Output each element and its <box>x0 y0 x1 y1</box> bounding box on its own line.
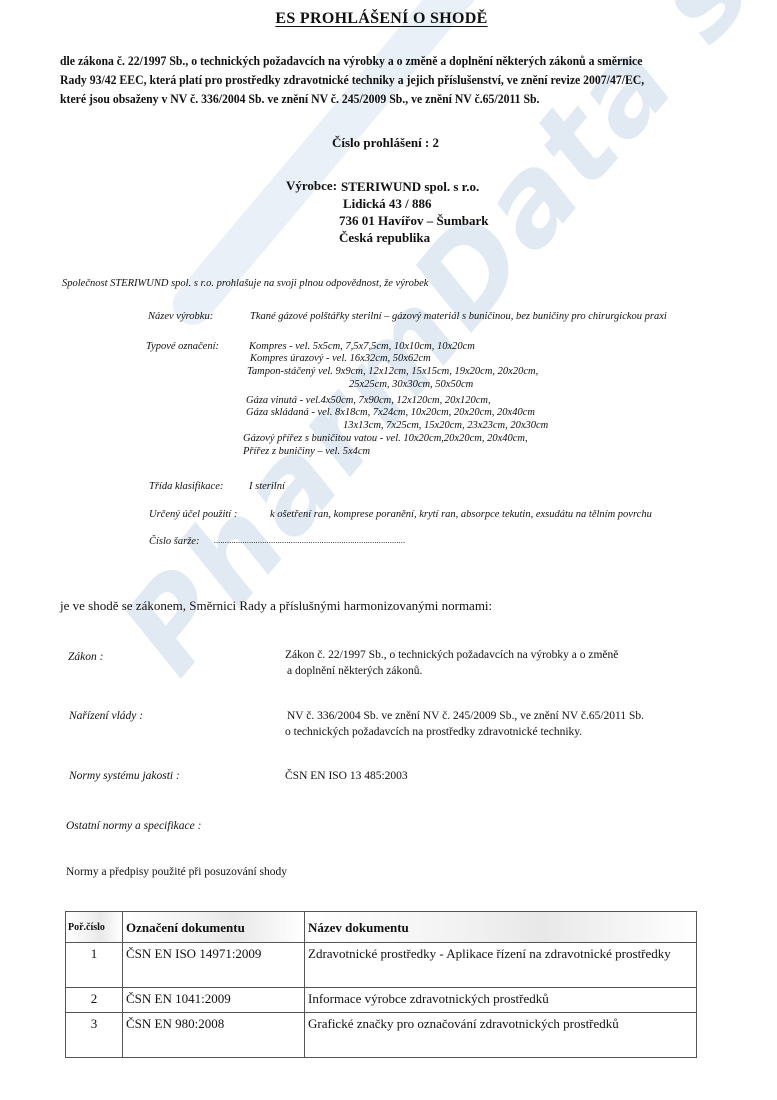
type-line: Přířez z buničiny – vel. 5x4cm <box>243 446 370 458</box>
manufacturer-label: Výrobce: <box>286 178 337 194</box>
government-regulation-value: NV č. 336/2004 Sb. ve znění NV č. 245/20… <box>285 708 644 740</box>
government-regulation-label: Nařízení vlády : <box>69 710 143 722</box>
manufacturer-country: Česká republika <box>339 229 489 246</box>
header-order-number: Poř.číslo <box>66 912 123 943</box>
order-number: 3 <box>66 1013 123 1058</box>
document-name: Zdravotnické prostředky - Aplikace řízen… <box>305 943 697 988</box>
government-regulation-line: NV č. 336/2004 Sb. ve znění NV č. 245/20… <box>285 708 644 724</box>
quality-norms-value: ČSN EN ISO 13 485:2003 <box>285 768 408 784</box>
manufacturer-street: Lidická 43 / 886 <box>341 195 489 212</box>
document-title: ES PROHLÁŠENÍ O SHODĚ <box>0 10 777 28</box>
type-line: Gáza skládaná - vel. 8x18cm, 7x24cm, 10x… <box>246 407 535 419</box>
order-number: 1 <box>66 943 123 988</box>
declaration-number: Číslo prohlášení : 2 <box>332 135 439 151</box>
batch-number-label: Číslo šarže: <box>149 536 199 547</box>
conformity-statement: je ve shodě se zákonem, Směrnici Rady a … <box>60 598 492 614</box>
manufacturer-name: STERIWUND spol. s r.o. <box>341 178 489 195</box>
law-label: Zákon : <box>68 651 103 663</box>
product-name-value: Tkané gázové polštářky sterilní – gázový… <box>250 311 667 322</box>
table-row: 1 ČSN EN ISO 14971:2009 Zdravotnické pro… <box>66 943 697 988</box>
type-line: 25x25cm, 30x30cm, 50x50cm <box>349 379 473 391</box>
type-line: Kompres - vel. 5x5cm, 7,5x7,5cm, 10x10cm… <box>249 341 475 353</box>
intro-paragraph: dle zákona č. 22/1997 Sb., o technických… <box>60 52 718 109</box>
intended-purpose-label: Určený účel použití : <box>149 509 237 520</box>
intended-purpose-value: k ošetření ran, komprese poranění, krytí… <box>270 509 652 520</box>
document-name: Grafické značky pro označování zdravotni… <box>305 1013 697 1058</box>
document-code: ČSN EN 1041:2009 <box>123 988 305 1013</box>
intro-line: které jsou obsaženy v NV č. 336/2004 Sb.… <box>60 90 718 109</box>
law-value: Zákon č. 22/1997 Sb., o technických poža… <box>285 647 618 679</box>
type-line: Tampon-stáčený vel. 9x9cm, 12x12cm, 15x1… <box>247 366 538 378</box>
document-code: ČSN EN 980:2008 <box>123 1013 305 1058</box>
header-document-code: Označení dokumentu <box>123 912 305 943</box>
type-line: 13x13cm, 7x25cm, 15x20cm, 23x23cm, 20x30… <box>343 420 548 432</box>
classification-label: Třída klasifikace: <box>149 481 223 492</box>
norms-table: Poř.číslo Označení dokumentu Název dokum… <box>65 911 697 1058</box>
document-code: ČSN EN ISO 14971:2009 <box>123 943 305 988</box>
manufacturer-address: STERIWUND spol. s r.o. Lidická 43 / 886 … <box>341 178 489 246</box>
type-line: Gázový přířez s buničitou vatou - vel. 1… <box>243 433 528 445</box>
order-number: 2 <box>66 988 123 1013</box>
type-line: Kompres úrazový - vel. 16x32cm, 50x62cm <box>250 353 431 365</box>
other-norms-label: Ostatní normy a specifikace : <box>66 820 201 832</box>
manufacturer-city: 736 01 Havířov – Šumbark <box>339 212 489 229</box>
table-row: 3 ČSN EN 980:2008 Grafické značky pro oz… <box>66 1013 697 1058</box>
type-designation-label: Typové označení: <box>146 341 219 352</box>
company-statement: Společnost STERIWUND spol. s r.o. prohla… <box>62 278 428 289</box>
table-header-row: Poř.číslo Označení dokumentu Název dokum… <box>66 912 697 943</box>
law-line: Zákon č. 22/1997 Sb., o technických poža… <box>285 647 618 663</box>
quality-norms-label: Normy systému jakosti : <box>69 770 180 782</box>
header-document-name: Název dokumentu <box>305 912 697 943</box>
intro-line: dle zákona č. 22/1997 Sb., o technických… <box>60 52 718 71</box>
document-title-text: ES PROHLÁŠENÍ O SHODĚ <box>275 10 501 27</box>
law-line: a doplnění některých zákonů. <box>285 663 618 679</box>
intro-line: Rady 93/42 EEC, která platí pro prostřed… <box>60 71 718 90</box>
table-row: 2 ČSN EN 1041:2009 Informace výrobce zdr… <box>66 988 697 1013</box>
norms-heading: Normy a předpisy použité při posuzování … <box>66 864 287 880</box>
classification-value: I sterilní <box>249 481 285 492</box>
government-regulation-line: o technických požadavcích na prostředky … <box>285 724 644 740</box>
document-name: Informace výrobce zdravotnických prostře… <box>305 988 697 1013</box>
batch-number-field: ........................................… <box>214 536 405 545</box>
type-line: Gáza vinutá - vel.4x50cm, 7x90cm, 12x120… <box>246 395 491 407</box>
product-name-label: Název výrobku: <box>148 311 213 322</box>
